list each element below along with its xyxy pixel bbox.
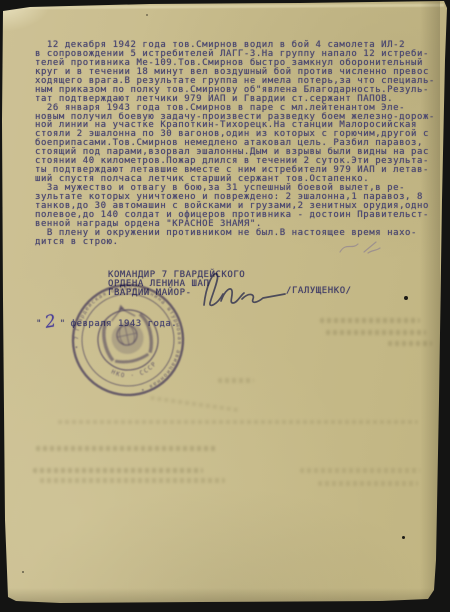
bleedthrough-ghost [326, 330, 426, 335]
bleedthrough-ghost [40, 478, 225, 483]
bleedthrough-ghost [33, 468, 203, 473]
paper-shading-bottom [0, 588, 450, 604]
typed-line: дится в строю. [35, 238, 435, 247]
bleedthrough-ghost [218, 378, 254, 383]
ink-speck [22, 571, 24, 573]
paper-sheet: 12 декабря 1942 года тов.Смирнов водил в… [0, 0, 450, 612]
ink-speck [146, 14, 148, 16]
bleedthrough-ghost [36, 446, 216, 451]
signed-name: /ГАЛУЩЕНКО/ [286, 287, 352, 296]
date-open-quote: " [36, 318, 42, 330]
bleedthrough-ghost [58, 420, 418, 424]
typed-body: 12 декабря 1942 года тов.Смирнов водил в… [35, 41, 435, 247]
bleedthrough-ghost [388, 341, 432, 346]
ink-speck [404, 296, 408, 300]
round-stamp: • 7 Гвардейская ордена Ленина штурмовая … [51, 263, 205, 417]
ink-speck [402, 536, 405, 539]
handwritten-signature [196, 264, 291, 314]
document-scan: 12 декабря 1942 года тов.Смирнов водил в… [0, 0, 450, 612]
handwritten-day: 2 [44, 314, 57, 330]
corner-wear [0, 2, 52, 32]
paper-edge-highlight [4, 4, 444, 10]
bleedthrough-ghost [318, 481, 418, 486]
bleedthrough-ghost [320, 318, 420, 323]
bleedthrough-ghost [300, 468, 420, 473]
